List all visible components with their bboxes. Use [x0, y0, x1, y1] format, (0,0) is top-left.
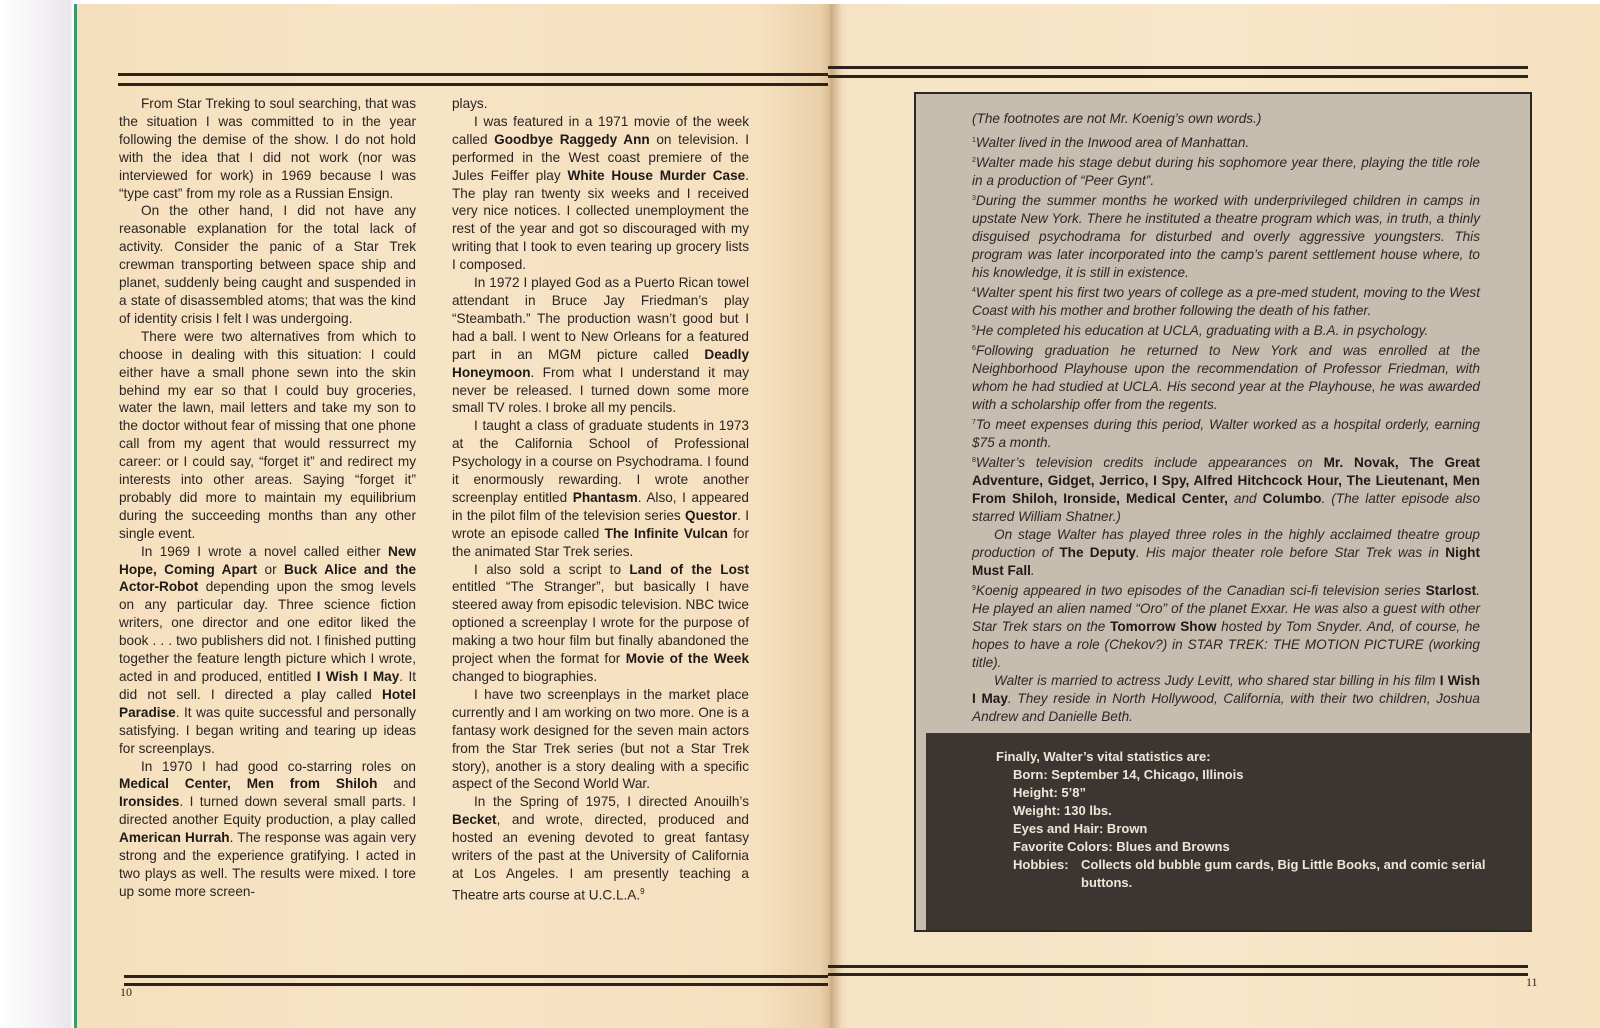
footnote-3: 3During the summer months he worked with…	[972, 190, 1480, 282]
bold-title: Movie of the Week	[626, 651, 749, 666]
text-run: . They reside in North Hollywood, Califo…	[972, 691, 1480, 724]
text-run: . The play ran twenty six weeks and I re…	[452, 168, 749, 273]
paragraph: From Star Treking to soul searching, tha…	[119, 95, 416, 202]
text-run: .	[1031, 563, 1035, 578]
stat-eyes-hair: Eyes and Hair: Brown	[996, 820, 1496, 838]
bottom-rule-right-2	[828, 973, 1528, 976]
text-run: 9	[640, 887, 644, 896]
stat-hobbies-label: Hobbies:	[1013, 856, 1081, 892]
text-run: From Star Treking to soul searching, tha…	[119, 96, 416, 201]
text-run: . His major theater role before Star Tre…	[1136, 545, 1445, 560]
article-column-1: From Star Treking to soul searching, tha…	[119, 95, 416, 901]
bottom-rule-right-1	[828, 965, 1528, 968]
bold-title: The Infinite Vulcan	[605, 526, 728, 541]
top-rule-left-1	[118, 73, 828, 76]
paragraph: I taught a class of graduate students in…	[452, 417, 749, 560]
footnote-paragraph: Walter is married to actress Judy Levitt…	[972, 672, 1480, 726]
bold-title: I Wish I May	[317, 669, 400, 684]
text-run: Walter made his stage debut during his s…	[972, 155, 1480, 188]
bold-title: Columbo	[1263, 491, 1322, 506]
bold-title: American Hurrah	[119, 830, 230, 845]
text-run: Walter lived in the Inwood area of Manha…	[976, 135, 1249, 150]
text-run: On the other hand, I did not have any re…	[119, 203, 416, 325]
text-run: Koenig appeared in two episodes of the C…	[976, 583, 1426, 598]
stat-hobbies: Hobbies: Collects old bubble gum cards, …	[996, 856, 1496, 892]
article-column-2: plays.I was featured in a 1971 movie of …	[452, 95, 749, 904]
text-run: There were two alternatives from which t…	[119, 329, 416, 541]
text-run: , and wrote, directed, produced and host…	[452, 812, 749, 902]
bold-title: Land of the Lost	[629, 562, 749, 577]
paragraph: In 1969 I wrote a novel called either Ne…	[119, 543, 416, 758]
footnote-9: 9Koenig appeared in two episodes of the …	[972, 580, 1480, 672]
top-rule-right-2	[828, 75, 1528, 78]
bold-title: Medical Center, Men from Shiloh	[119, 776, 377, 791]
paragraph: In the Spring of 1975, I directed Anouil…	[452, 793, 749, 904]
footnote-2: 2Walter made his stage debut during his …	[972, 152, 1480, 190]
footnote-paragraph: On stage Walter has played three roles i…	[972, 526, 1480, 580]
footnote-4: 4Walter spent his first two years of col…	[972, 282, 1480, 320]
stat-born: Born: September 14, Chicago, Illinois	[996, 766, 1496, 784]
top-rule-left-2	[118, 83, 828, 86]
footnote-1: 1Walter lived in the Inwood area of Manh…	[972, 132, 1480, 152]
text-run: Walter is married to actress Judy Levitt…	[994, 673, 1440, 688]
footnotes-text: (The footnotes are not Mr. Koenig’s own …	[972, 110, 1480, 726]
footnote-8: 8Walter’s television credits include app…	[972, 452, 1480, 526]
text-run: Walter’s television credits include appe…	[976, 455, 1324, 470]
bold-title: Goodbye Raggedy Ann	[494, 132, 650, 147]
bottom-rule-left-1	[124, 975, 828, 978]
bold-title: Phantasm	[573, 490, 638, 505]
text-run: I also sold a script to	[474, 562, 629, 577]
text-run: changed to biographies.	[452, 669, 597, 684]
bold-title: Tomorrow Show	[1110, 619, 1216, 634]
text-run: I have two screenplays in the market pla…	[452, 687, 749, 792]
vital-stats-heading: Finally, Walter’s vital statistics are:	[996, 748, 1496, 766]
top-rule-right-1	[828, 66, 1528, 69]
paragraph: I also sold a script to Land of the Lost…	[452, 561, 749, 686]
paragraph: On the other hand, I did not have any re…	[119, 202, 416, 327]
paragraph: In 1972 I played God as a Puerto Rican t…	[452, 274, 749, 417]
bold-title: Starlost	[1426, 583, 1477, 598]
footnote-6: 6Following graduation he returned to New…	[972, 340, 1480, 414]
text-run: In 1969 I wrote a novel called either	[141, 544, 388, 559]
paragraph: plays.	[452, 95, 749, 113]
paragraph: I was featured in a 1971 movie of the we…	[452, 113, 749, 274]
text-run: In the Spring of 1975, I directed Anouil…	[474, 794, 749, 809]
text-run: or	[257, 562, 284, 577]
page-gutter	[820, 4, 842, 1028]
vital-stats: Finally, Walter’s vital statistics are: …	[996, 748, 1496, 892]
text-run: During the summer months he worked with …	[972, 193, 1480, 280]
bold-title: Becket	[452, 812, 497, 827]
footnote-5: 5He completed his education at UCLA, gra…	[972, 320, 1480, 340]
stat-weight: Weight: 130 lbs.	[996, 802, 1496, 820]
text-run: plays.	[452, 96, 488, 111]
stat-height: Height: 5’8”	[996, 784, 1496, 802]
paragraph: There were two alternatives from which t…	[119, 328, 416, 543]
bold-title: Ironsides	[119, 794, 179, 809]
footnotes-list: 1Walter lived in the Inwood area of Manh…	[972, 132, 1480, 726]
paragraph: I have two screenplays in the market pla…	[452, 686, 749, 793]
text-run: Following graduation he returned to New …	[972, 343, 1480, 412]
page-number-left: 10	[120, 985, 132, 1000]
text-run: He completed his education at UCLA, grad…	[976, 323, 1428, 338]
bold-title: White House Murder Case	[568, 168, 746, 183]
text-run: Walter spent his first two years of coll…	[972, 285, 1480, 318]
footnote-7: 7To meet expenses during this period, Wa…	[972, 414, 1480, 452]
text-run: and	[1228, 491, 1263, 506]
text-run: To meet expenses during this period, Wal…	[972, 417, 1480, 450]
footnotes-heading: (The footnotes are not Mr. Koenig’s own …	[972, 110, 1480, 128]
paragraph: In 1970 I had good co-starring roles on …	[119, 758, 416, 901]
bold-title: The Deputy	[1059, 545, 1136, 560]
bold-title: Questor	[685, 508, 737, 523]
text-run: and	[377, 776, 416, 791]
page-number-right: 11	[1526, 975, 1538, 990]
text-run: In 1970 I had good co-starring roles on	[141, 759, 416, 774]
stat-favorite-colors: Favorite Colors: Blues and Browns	[996, 838, 1496, 856]
stat-hobbies-value: Collects old bubble gum cards, Big Littl…	[1081, 856, 1496, 892]
bottom-rule-left-2	[124, 983, 828, 986]
